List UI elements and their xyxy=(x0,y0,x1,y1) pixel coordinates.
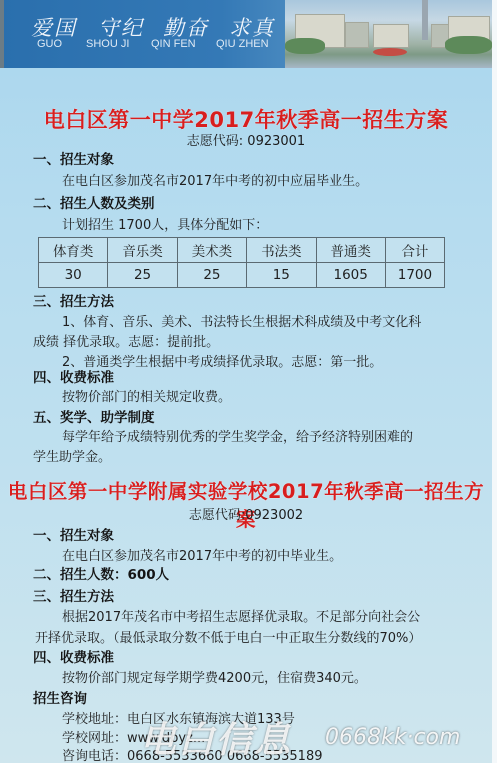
table-cell: 30 xyxy=(39,263,108,288)
s1-target-text: 在电白区参加茂名市2017年中考的初中应届毕业生。 xyxy=(62,170,368,189)
header-banner: 爱国 守纪 勤奋 求真 GUO SHOU JI QIN FEN QIU ZHEN xyxy=(0,0,492,68)
s1-heading-target: 一、招生对象 xyxy=(33,148,114,168)
table-row: 30 25 25 15 1605 1700 xyxy=(39,263,445,288)
tower xyxy=(422,0,428,40)
pinyin-3: QIN FEN xyxy=(151,38,196,50)
table-cell: 1700 xyxy=(385,263,444,288)
section2-code: 志愿代码:0923002 xyxy=(0,504,492,523)
pinyin-2: SHOU JI xyxy=(86,38,129,50)
campus-photo xyxy=(285,0,492,68)
s2-target-text: 在电白区参加茂名市2017年中考的初中毕业生。 xyxy=(62,545,342,564)
s1-quota-text: 计划招生 1700人，具体分配如下： xyxy=(62,214,268,233)
watermark-text: 电白信息 xyxy=(140,712,292,763)
s1-fees-text: 按物价部门的相关规定收费。 xyxy=(62,386,231,405)
s2-method-line1: 根据2017年茂名市中考招生志愿择优录取。不足部分向社会公 xyxy=(62,606,420,625)
building-2 xyxy=(345,22,369,48)
s2-heading-method: 三、招生方法 xyxy=(33,585,114,605)
table-header-cell: 美术类 xyxy=(177,238,246,263)
s1-heading-scholarship: 五、奖学、助学制度 xyxy=(33,406,155,426)
trees-left xyxy=(285,38,325,54)
table-header-cell: 普通类 xyxy=(316,238,385,263)
phone-label: 咨询电话： xyxy=(62,749,127,763)
table-cell: 15 xyxy=(247,263,316,288)
s1-scholarship-line2: 学生助学金。 xyxy=(33,446,111,465)
pinyin-4: QIU ZHEN xyxy=(216,38,269,50)
table-header-row: 体育类 音乐类 美术类 书法类 普通类 合计 xyxy=(39,238,445,263)
s2-method-line2: 开择优录取。（最低录取分数不低于电白一中正取生分数线的70%） xyxy=(35,627,421,646)
website-label: 学校网址： xyxy=(62,731,127,746)
enrollment-poster: 爱国 守纪 勤奋 求真 GUO SHOU JI QIN FEN QIU ZHEN… xyxy=(0,0,492,763)
table-cell: 25 xyxy=(108,263,177,288)
quota-table: 体育类 音乐类 美术类 书法类 普通类 合计 30 25 25 15 1605 … xyxy=(38,237,445,288)
s1-heading-quota: 二、招生人数及类别 xyxy=(33,192,155,212)
table-header-cell: 体育类 xyxy=(39,238,108,263)
table-header-cell: 合计 xyxy=(385,238,444,263)
contact-heading: 招生咨询 xyxy=(33,687,87,707)
s2-heading-fees: 四、收费标准 xyxy=(33,646,114,666)
s1-method-line1: 1、体育、音乐、美术、书法特长生根据术科成绩及中考文化科 xyxy=(62,311,421,330)
s2-heading-target: 一、招生对象 xyxy=(33,524,114,544)
banner-edge xyxy=(0,0,4,68)
building-3 xyxy=(373,24,409,48)
s1-scholarship-line1: 每学年给予成绩特别优秀的学生奖学金，给予经济特别困难的 xyxy=(62,426,413,445)
table-cell: 1605 xyxy=(316,263,385,288)
s1-method-line2: 成绩 择优录取。志愿：提前批。 xyxy=(33,331,219,350)
s2-fees-text: 按物价部门规定每学期学费4200元，住宿费340元。 xyxy=(62,667,367,686)
address-label: 学校地址： xyxy=(62,712,127,727)
plaza xyxy=(373,48,407,56)
s1-heading-method: 三、招生方法 xyxy=(33,290,114,310)
s2-heading-quota: 二、招生人数：600人 xyxy=(33,563,169,583)
table-cell: 25 xyxy=(177,263,246,288)
pinyin-1: GUO xyxy=(37,38,62,50)
trees-right xyxy=(445,36,492,54)
section1-code: 志愿代码: 0923001 xyxy=(0,130,492,149)
table-header-cell: 音乐类 xyxy=(108,238,177,263)
s1-heading-fees: 四、收费标准 xyxy=(33,366,114,386)
watermark-url: 0668kk·com xyxy=(325,725,460,750)
table-header-cell: 书法类 xyxy=(247,238,316,263)
